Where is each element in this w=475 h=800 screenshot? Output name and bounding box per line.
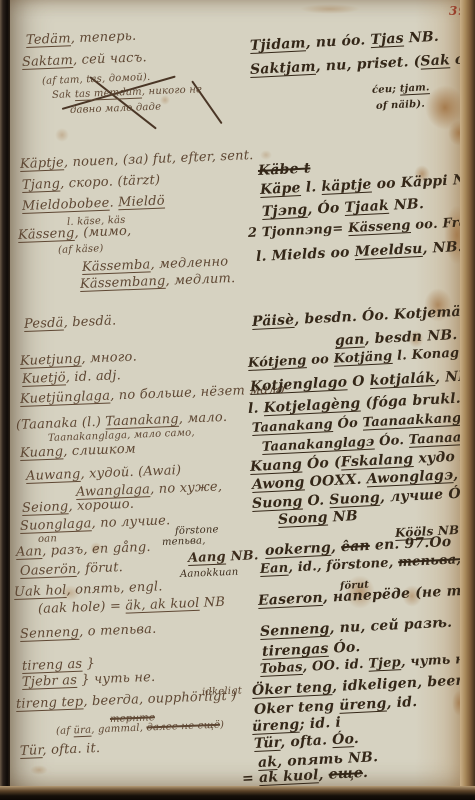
entry-line: тепьва,	[162, 535, 206, 548]
entry-line: Awanglaga, по хуже,	[76, 479, 223, 500]
text: , id.	[386, 694, 417, 711]
headword: Tjidam	[250, 35, 306, 54]
text: Óo	[332, 416, 363, 432]
headword: Taanakang	[252, 417, 334, 436]
text: , худой. (Awai)	[80, 463, 181, 482]
struck-text: далее не ещё	[146, 720, 220, 734]
headword: käptje	[321, 177, 372, 195]
headword: Suong	[252, 494, 303, 512]
text: NB.	[226, 548, 259, 564]
headword: Kotjenglagо	[250, 374, 348, 395]
text: , много.	[81, 350, 137, 367]
text: l.	[248, 400, 264, 417]
text: O.	[302, 492, 330, 509]
text: Sak	[52, 89, 75, 101]
headword: Tjang	[22, 177, 61, 193]
text: оо	[306, 352, 334, 368]
entry-line: давно мало даде	[70, 101, 162, 115]
entry-line: (aak hole) = äk, ak kuol NB	[38, 595, 226, 617]
text: , медленно	[150, 254, 228, 272]
text: , id., förstone,	[288, 555, 399, 575]
headword: Tjэng	[262, 202, 308, 220]
entry-line: tireng as }	[22, 656, 96, 674]
text: NB.	[403, 29, 439, 47]
entry-line: Oaserön, förut.	[20, 560, 124, 579]
text: , (мимо,	[74, 224, 131, 241]
text: .	[353, 731, 359, 747]
entry-line: Tjэng, Óo Tjaak NB.	[262, 196, 425, 220]
entry-line: Aan, разъ, en gång.	[16, 540, 151, 560]
text: , id. adj.	[65, 368, 121, 385]
entry-line: Soong NB	[278, 508, 359, 528]
headword: Taanakanglagэ	[262, 435, 375, 455]
entry-line: Sak tas memdam, никого не	[52, 84, 203, 101]
headword: tas memdam	[75, 87, 142, 101]
headword: Tjaak	[344, 198, 389, 216]
entry-line: (af tam, tas, домой).	[42, 72, 151, 87]
entry-line: Uak hol, опять, engl.	[14, 579, 163, 600]
headword: tireng tep	[16, 694, 84, 712]
headword: Kotjäng	[333, 349, 392, 367]
entry-line: Mieldobobee. Mieldö	[22, 194, 165, 214]
text: ; id. i	[299, 715, 341, 733]
stain	[300, 4, 360, 14]
stain	[55, 128, 69, 142]
headword: tjam.	[400, 82, 430, 94]
headword: Päisè	[252, 312, 295, 330]
headword: Kuang	[20, 444, 64, 461]
text: (Taanaka (l.)	[16, 415, 106, 433]
text: NB	[199, 595, 225, 611]
text: Óo.	[328, 639, 361, 657]
text: , опять, engl.	[66, 579, 163, 598]
entry-line: Tedäm, теперь.	[26, 29, 137, 48]
text: , скоро. (tärzt)	[60, 173, 161, 192]
headword: Kässemba	[82, 257, 151, 275]
headword: Senneng	[260, 621, 330, 640]
entry-line: Käbe t	[258, 160, 311, 179]
entry-line: Tjidam, nu óo. Tjas NB.	[250, 29, 440, 54]
page-edge-right	[460, 0, 475, 800]
headword: tireng as	[22, 657, 83, 674]
headword: Öker teng	[252, 679, 333, 699]
text: , besdä.	[63, 313, 116, 330]
text: , nu óo.	[305, 32, 371, 51]
text: , ofta. it.	[42, 741, 100, 758]
entry-line: (af käse)	[58, 243, 104, 256]
headword: Seiong	[22, 499, 69, 516]
headword: Pesdä	[24, 315, 64, 332]
text: O	[347, 373, 370, 390]
text: (aak hole) =	[38, 599, 126, 617]
struck-text: êan	[341, 538, 371, 555]
entry-line: Tür, ofta. it.	[20, 741, 101, 759]
manuscript-scan: 395 Tedäm, теперь. Saktam, сей часъ. (af…	[0, 0, 475, 800]
struck-text: тепьва,	[398, 552, 462, 570]
stain	[260, 150, 272, 160]
text: Óo.	[374, 433, 409, 450]
headword: Käptje	[20, 155, 64, 172]
entry-line: Saktam, сей часъ.	[22, 50, 147, 70]
text: , слишком	[63, 442, 136, 460]
text: , никого не	[142, 84, 203, 97]
entry-line: Tjang, скоро. (tärzt)	[22, 173, 161, 193]
text: Aanokkuan	[180, 567, 239, 580]
headword: Ean	[260, 561, 289, 577]
headword: äk, ak kuol	[125, 596, 200, 614]
entry-line: tireng tep, beerда, oupphörligt )	[16, 689, 237, 712]
text: тепьва,	[162, 535, 206, 548]
entry-line: Seiong, хорошо.	[22, 497, 135, 516]
text: , мало.	[178, 410, 227, 427]
headword: Tobas	[260, 660, 303, 677]
headword: Käpe	[260, 180, 301, 198]
headword: Aan	[16, 544, 43, 560]
entry-line: Aang NB.	[188, 548, 259, 566]
entry-line: Käptje, nouen, (за) fut, efter, sent.	[20, 148, 254, 172]
headword: tirengas	[262, 641, 329, 660]
text: , nu, priset. (	[315, 54, 421, 75]
text: NB	[327, 508, 358, 525]
headword: Tedäm	[26, 31, 71, 48]
headword: Auwang	[26, 467, 81, 484]
headword: Kuetjung	[20, 352, 82, 369]
text: =	[242, 770, 260, 787]
entry-line: Pesdä, besdä.	[24, 313, 117, 332]
headword: Meeldsu	[354, 241, 423, 260]
text: ćeu;	[372, 84, 400, 96]
headword: Kässeng	[18, 226, 75, 243]
headword: Soong	[278, 510, 328, 528]
headword: Kuang	[250, 456, 303, 475]
headword: Óo	[332, 731, 354, 748]
entry-line: Aanokkuan	[180, 567, 239, 580]
entry-line: Suonglaga, по лучше.	[20, 513, 171, 534]
text: (af käse)	[58, 243, 104, 256]
headword: üreng	[252, 717, 300, 735]
headword: Easeron	[258, 590, 324, 609]
text: , ofta.	[280, 732, 333, 751]
text: , по лучше.	[91, 513, 170, 531]
headword: Uak hol	[14, 583, 67, 600]
headword: Suonglaga	[20, 516, 92, 534]
headword: kotjalák	[369, 370, 435, 389]
text: , медлит.	[165, 271, 235, 289]
headword: Mieldö	[118, 194, 165, 211]
text: )	[220, 720, 225, 731]
headword: Oaserön	[20, 562, 77, 579]
headword: Tjebr as	[22, 673, 78, 690]
headword: Saktam	[22, 53, 74, 70]
headword: üreng	[339, 696, 387, 714]
headword: Fskalang	[340, 451, 413, 471]
text: (af tam, tas, домой).	[42, 72, 151, 87]
text: , по хуже,	[150, 479, 223, 497]
text: , Óo	[307, 200, 345, 218]
text: , теперь.	[70, 29, 136, 47]
text: .	[363, 765, 369, 781]
text: , хорошо.	[68, 497, 134, 515]
headword: Awong	[252, 474, 305, 493]
struck-text: Käbe t	[258, 160, 311, 179]
text: NB.	[388, 196, 424, 214]
headword: Kässembang	[80, 274, 166, 292]
headword: Kuetjünglaga	[20, 389, 111, 407]
headword: Taanakang	[105, 412, 179, 430]
text: l. Mields оо	[256, 244, 355, 265]
text: , nouen, (за) fut, efter, sent.	[64, 148, 254, 170]
headword: ak kuol	[259, 767, 319, 786]
text: , gammal,	[91, 723, 147, 736]
headword: Sak	[420, 52, 450, 69]
text: , beerда, oupphörligt )	[83, 689, 237, 710]
text: l.	[300, 179, 322, 196]
headword: Kässeng	[348, 218, 411, 236]
text: , NB.	[422, 239, 463, 257]
text: } чуть не.	[77, 670, 156, 688]
headword: Tjas	[370, 30, 404, 48]
stain	[30, 765, 48, 775]
text: давно мало даде	[70, 101, 162, 115]
struck-text: еще	[328, 765, 363, 783]
text: (af	[56, 725, 74, 737]
headword: Suong	[329, 490, 380, 508]
headword: Tür	[254, 735, 281, 752]
text: , ОО. id.	[302, 657, 368, 675]
headword: Mieldobobee	[22, 196, 110, 214]
headword: Aang	[188, 550, 226, 566]
headword: Tjep	[368, 655, 401, 672]
entry-line: Senneng, о тепьва.	[20, 622, 157, 642]
text: , förut.	[76, 560, 123, 577]
text: ООХХ.	[304, 471, 367, 490]
entry-line: Kuetjung, много.	[20, 350, 137, 369]
page-edge-bottom	[0, 786, 475, 800]
text: 2 Tjonnэng=	[248, 221, 349, 241]
headword: üra	[73, 725, 91, 737]
headword: Senneng	[20, 625, 80, 642]
entry-line: (af üra, gammal, далее не ещё)	[56, 720, 225, 737]
headword: gan	[335, 332, 365, 349]
headword: Tür	[20, 743, 43, 759]
entry-line: Kässeng, (мимо,	[18, 224, 132, 243]
headword: Kótjeng	[248, 353, 307, 371]
entry-line: Kuetjünglaga, по больше, нёзет мало	[20, 382, 285, 407]
text: Óo (	[302, 455, 342, 473]
text: , о тепьва.	[79, 622, 157, 640]
headword: Kuetjö	[22, 370, 66, 387]
text: }	[82, 656, 95, 671]
headword: Kotjelagèng	[263, 396, 361, 417]
entry-line: Kuetjö, id. adj.	[22, 368, 122, 387]
entry-line: Kuang, слишком	[20, 442, 136, 461]
text: , разъ, en gång.	[42, 540, 151, 559]
text: , сей часъ.	[73, 50, 147, 68]
headword: Saktjam	[250, 59, 316, 78]
headword: ookerng	[265, 540, 332, 559]
manuscript-page: 395 Tedäm, теперь. Saktam, сей часъ. (af…	[10, 0, 460, 788]
